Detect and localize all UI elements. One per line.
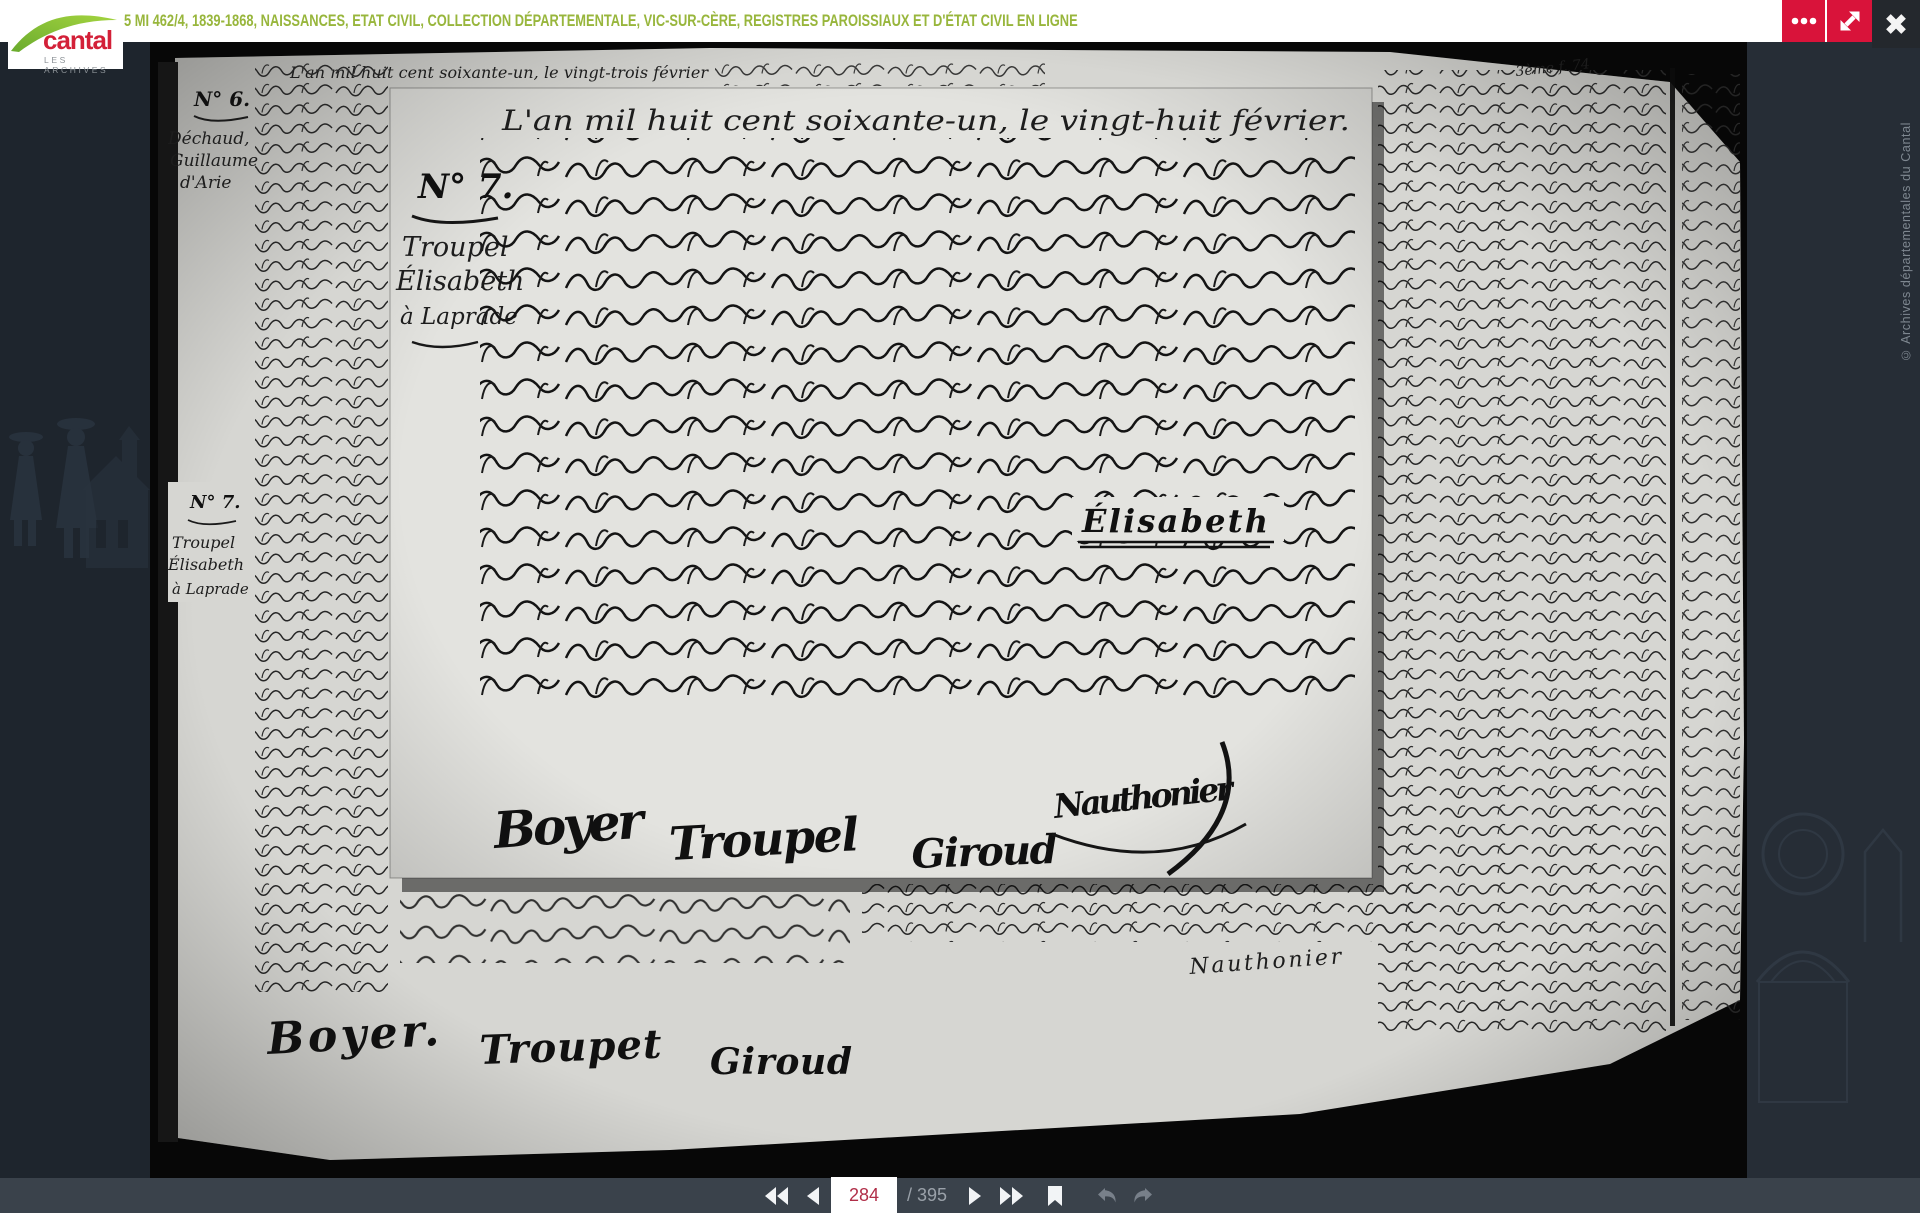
right-background-engraving [1747, 42, 1920, 1178]
double-chevron-right-icon [998, 1184, 1024, 1208]
overlay-name-underlined: Élisabeth [1081, 502, 1268, 540]
margin-note-act-7-small: N° 7. Troupel Élisabeth à Laprade [167, 482, 254, 602]
header-bar: cantal LES ARCHIVES 5 MI 462/4, 1839-186… [0, 0, 1920, 42]
magnifier-overlay[interactable]: N° 7. Troupel Élisabeth à Laprade L'an m… [390, 88, 1384, 892]
bookmark-icon [1045, 1184, 1065, 1208]
close-x-icon [1883, 11, 1909, 37]
pager-controls: / 395 [759, 1178, 1161, 1213]
register-scan-image[interactable]: L'an mil huit cent soixante-un, le vingt… [150, 42, 1747, 1178]
chevron-left-icon [804, 1184, 822, 1208]
redo-button[interactable] [1125, 1178, 1161, 1213]
svg-text:Déchaud,: Déchaud, [167, 129, 250, 149]
svg-text:Troupel: Troupel [668, 807, 861, 871]
svg-text:Boyer.: Boyer. [264, 1005, 440, 1065]
pager-toolbar: / 395 [0, 1178, 1920, 1213]
fullscreen-button[interactable] [1827, 0, 1872, 42]
svg-text:Guillaume: Guillaume [170, 151, 258, 171]
page-total-label: / 395 [907, 1185, 947, 1206]
svg-text:Boyer: Boyer [490, 790, 649, 860]
undo-arrow-icon [1095, 1184, 1119, 1208]
svg-text:Élisabeth: Élisabeth [167, 554, 244, 574]
logo-subtitle-text: LES ARCHIVES [44, 55, 123, 75]
document-title: 5 MI 462/4, 1839-1868, NAISSANCES, ETAT … [124, 0, 1347, 42]
svg-text:Giroud: Giroud [710, 1041, 852, 1083]
redo-arrow-icon [1131, 1184, 1155, 1208]
chevron-right-icon [966, 1184, 984, 1208]
fullscreen-diagonal-arrows-icon [1838, 9, 1862, 33]
first-page-button[interactable] [759, 1178, 795, 1213]
svg-text:N° 6.: N° 6. [193, 87, 250, 111]
svg-text:à Laprade: à Laprade [172, 580, 249, 598]
archives-cantal-logo[interactable]: cantal LES ARCHIVES [8, 5, 123, 69]
header-actions [1782, 0, 1920, 48]
document-viewer: L'an mil huit cent soixante-un, le vingt… [0, 42, 1920, 1178]
bookmark-button[interactable] [1037, 1178, 1073, 1213]
ellipsis-icon [1790, 9, 1818, 33]
svg-text:N° 7.: N° 7. [189, 492, 241, 513]
undo-button[interactable] [1089, 1178, 1125, 1213]
svg-text:Giroud: Giroud [911, 826, 1059, 878]
left-background-engraving [0, 42, 150, 1178]
overlay-first-line: L'an mil huit cent soixante-un, le vingt… [501, 104, 1350, 137]
more-options-button[interactable] [1782, 0, 1827, 42]
previous-page-button[interactable] [795, 1178, 831, 1213]
svg-text:d'Arie: d'Arie [180, 173, 231, 193]
page-number-input[interactable] [831, 1177, 897, 1213]
copyright-vertical-label: © Archives départementales du Cantal [1899, 122, 1913, 362]
close-button[interactable] [1872, 0, 1920, 48]
logo-brand-text: cantal [43, 27, 112, 53]
archive-viewer-app: cantal LES ARCHIVES 5 MI 462/4, 1839-186… [0, 0, 1920, 1213]
double-chevron-left-icon [764, 1184, 790, 1208]
last-page-button[interactable] [993, 1178, 1029, 1213]
next-page-button[interactable] [957, 1178, 993, 1213]
svg-text:Troupel: Troupel [172, 533, 235, 552]
